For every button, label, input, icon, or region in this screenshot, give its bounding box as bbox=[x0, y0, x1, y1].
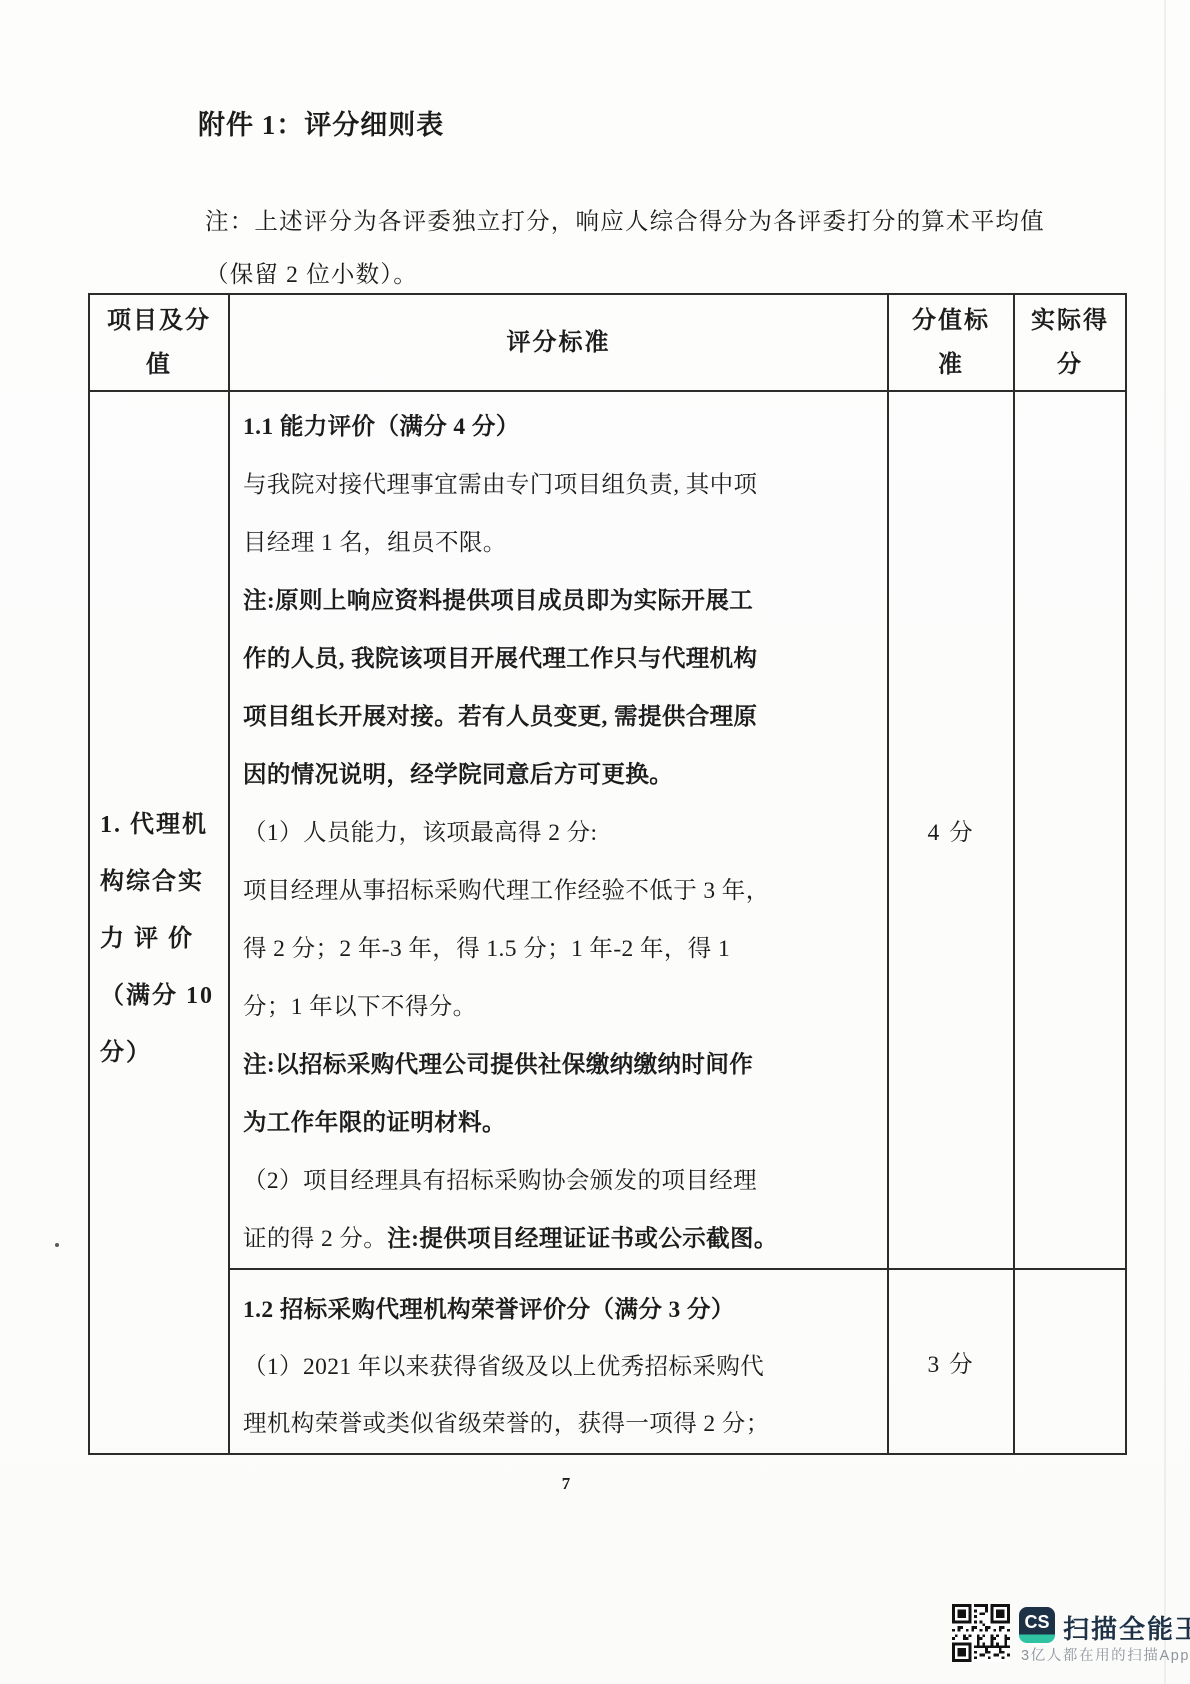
criteria-line: 与我院对接代理事宜需由专门项目组负责, 其中项 bbox=[243, 456, 879, 514]
criteria-line: 作的人员, 我院该项目开展代理工作只与代理机构 bbox=[243, 630, 879, 688]
header-text: 项目及分 bbox=[91, 299, 227, 343]
item-cell: 1. 代理机构综合实力 评 价（满分 10分） bbox=[89, 391, 229, 1454]
table-row: 1.2 招标采购代理机构荣誉评价分（满分 3 分）（1）2021 年以来获得省级… bbox=[89, 1269, 1126, 1454]
criteria-line: （2）项目经理具有招标采购协会颁发的项目经理 bbox=[243, 1152, 879, 1210]
text-segment: 作的人员, 我院该项目开展代理工作只与代理机构 bbox=[243, 646, 757, 672]
criteria-cell-1-1: 1.1 能力评价（满分 4 分）与我院对接代理事宜需由专门项目组负责, 其中项目… bbox=[229, 391, 888, 1269]
criteria-line: 目经理 1 名，组员不限。 bbox=[243, 514, 879, 572]
criteria-line: 注:以招标采购代理公司提供社保缴纳缴纳时间作 bbox=[243, 1036, 879, 1094]
text-segment: 1.1 能力评价（满分 4 分） bbox=[243, 414, 520, 440]
text-segment: （1）2021 年以来获得省级及以上优秀招标采购代 bbox=[243, 1354, 764, 1380]
criteria-line: 理机构荣誉或类似省级荣誉的，获得一项得 2 分； bbox=[243, 1396, 879, 1453]
scanned-document-page: 附件 1：评分细则表 注：上述评分为各评委独立打分，响应人综合得分为各评委打分的… bbox=[0, 0, 1190, 1684]
text-segment: 分；1 年以下不得分。 bbox=[243, 994, 477, 1020]
criteria-line: 因的情况说明，经学院同意后方可更换。 bbox=[243, 746, 879, 804]
actual-score-cell bbox=[1014, 391, 1126, 1269]
text-segment: 项目组长开展对接。若有人员变更, 需提供合理原 bbox=[243, 704, 757, 730]
header-text: 分 bbox=[1016, 343, 1124, 387]
text-segment: 因的情况说明，经学院同意后方可更换。 bbox=[243, 762, 673, 788]
header-criteria: 评分标准 bbox=[229, 294, 888, 391]
score-standard-cell: 3 分 bbox=[888, 1269, 1014, 1454]
item-line: 分） bbox=[100, 1025, 222, 1082]
criteria-line: 1.2 招标采购代理机构荣誉评价分（满分 3 分） bbox=[243, 1282, 879, 1339]
criteria-line: 分；1 年以下不得分。 bbox=[243, 978, 879, 1036]
criteria-line: （1）人员能力，该项最高得 2 分: bbox=[243, 804, 879, 862]
text-segment: 注:提供项目经理证证书或公示截图。 bbox=[387, 1226, 778, 1252]
note-line-1: 注：上述评分为各评委独立打分，响应人综合得分为各评委打分的算术平均值 bbox=[205, 202, 1045, 236]
item-line: 1. 代理机 bbox=[100, 797, 222, 854]
text-segment: （1）人员能力，该项最高得 2 分: bbox=[243, 820, 597, 846]
text-segment: 注:原则上响应资料提供项目成员即为实际开展工 bbox=[243, 588, 753, 614]
text-segment: （2）项目经理具有招标采购协会颁发的项目经理 bbox=[243, 1168, 757, 1194]
criteria-line: 得 2 分；2 年-3 年，得 1.5 分；1 年-2 年，得 1 bbox=[243, 920, 879, 978]
criteria-line: 项目经理从事招标采购代理工作经验不低于 3 年， bbox=[243, 862, 879, 920]
table-row: 1. 代理机构综合实力 评 价（满分 10分） 1.1 能力评价（满分 4 分）… bbox=[89, 391, 1126, 1269]
criteria-line: 1.1 能力评价（满分 4 分） bbox=[243, 398, 879, 456]
header-score-standard: 分值标 准 bbox=[888, 294, 1014, 391]
scan-edge-shadow bbox=[1164, 0, 1166, 1684]
note-line-2: （保留 2 位小数）。 bbox=[205, 255, 418, 289]
camscanner-brand-name: 扫描全能王 bbox=[1063, 1609, 1190, 1646]
scoring-table: 项目及分 值 评分标准 分值标 准 实际得 分 1. 代理机构综合实力 评 价（… bbox=[88, 293, 1127, 1455]
text-segment: 注:以招标采购代理公司提供社保缴纳缴纳时间作 bbox=[243, 1052, 753, 1078]
text-segment: 为工作年限的证明材料。 bbox=[243, 1110, 506, 1136]
item-line: 力 评 价 bbox=[100, 911, 222, 968]
page-number: 7 bbox=[548, 1474, 584, 1494]
attachment-title: 附件 1：评分细则表 bbox=[198, 103, 444, 142]
header-text: 准 bbox=[890, 343, 1012, 387]
header-actual-score: 实际得 分 bbox=[1014, 294, 1126, 391]
text-segment: 证的得 2 分。 bbox=[243, 1226, 387, 1252]
item-line: （满分 10 bbox=[100, 968, 222, 1025]
header-text: 实际得 bbox=[1016, 299, 1124, 343]
text-segment: 与我院对接代理事宜需由专门项目组负责, 其中项 bbox=[243, 472, 757, 498]
table-header-row: 项目及分 值 评分标准 分值标 准 实际得 分 bbox=[89, 294, 1126, 391]
header-text: 分值标 bbox=[890, 299, 1012, 343]
item-line: 构综合实 bbox=[100, 854, 222, 911]
scan-dot-artifact bbox=[55, 1243, 59, 1247]
text-segment: 理机构荣誉或类似省级荣誉的，获得一项得 2 分； bbox=[243, 1411, 770, 1437]
header-text: 评分标准 bbox=[231, 321, 886, 365]
camscanner-logo-icon: CS bbox=[1019, 1607, 1055, 1643]
actual-score-cell bbox=[1014, 1269, 1126, 1454]
header-item-and-value: 项目及分 值 bbox=[89, 294, 229, 391]
criteria-line: 注:原则上响应资料提供项目成员即为实际开展工 bbox=[243, 572, 879, 630]
criteria-line: 项目组长开展对接。若有人员变更, 需提供合理原 bbox=[243, 688, 879, 746]
text-segment: 项目经理从事招标采购代理工作经验不低于 3 年， bbox=[243, 878, 770, 904]
text-segment: 1.2 招标采购代理机构荣誉评价分（满分 3 分） bbox=[243, 1297, 735, 1323]
criteria-line: 为工作年限的证明材料。 bbox=[243, 1094, 879, 1152]
camscanner-tagline: 3亿人都在用的扫描App bbox=[1021, 1644, 1190, 1665]
qr-code-icon bbox=[952, 1602, 1010, 1664]
criteria-line: 证的得 2 分。注:提供项目经理证证书或公示截图。 bbox=[243, 1210, 879, 1268]
criteria-cell-1-2: 1.2 招标采购代理机构荣誉评价分（满分 3 分）（1）2021 年以来获得省级… bbox=[229, 1269, 888, 1454]
header-text: 值 bbox=[91, 343, 227, 387]
text-segment: 目经理 1 名，组员不限。 bbox=[243, 530, 507, 556]
criteria-line: （1）2021 年以来获得省级及以上优秀招标采购代 bbox=[243, 1339, 879, 1396]
score-standard-cell: 4 分 bbox=[888, 391, 1014, 1269]
text-segment: 得 2 分；2 年-3 年，得 1.5 分；1 年-2 年，得 1 bbox=[243, 936, 730, 962]
